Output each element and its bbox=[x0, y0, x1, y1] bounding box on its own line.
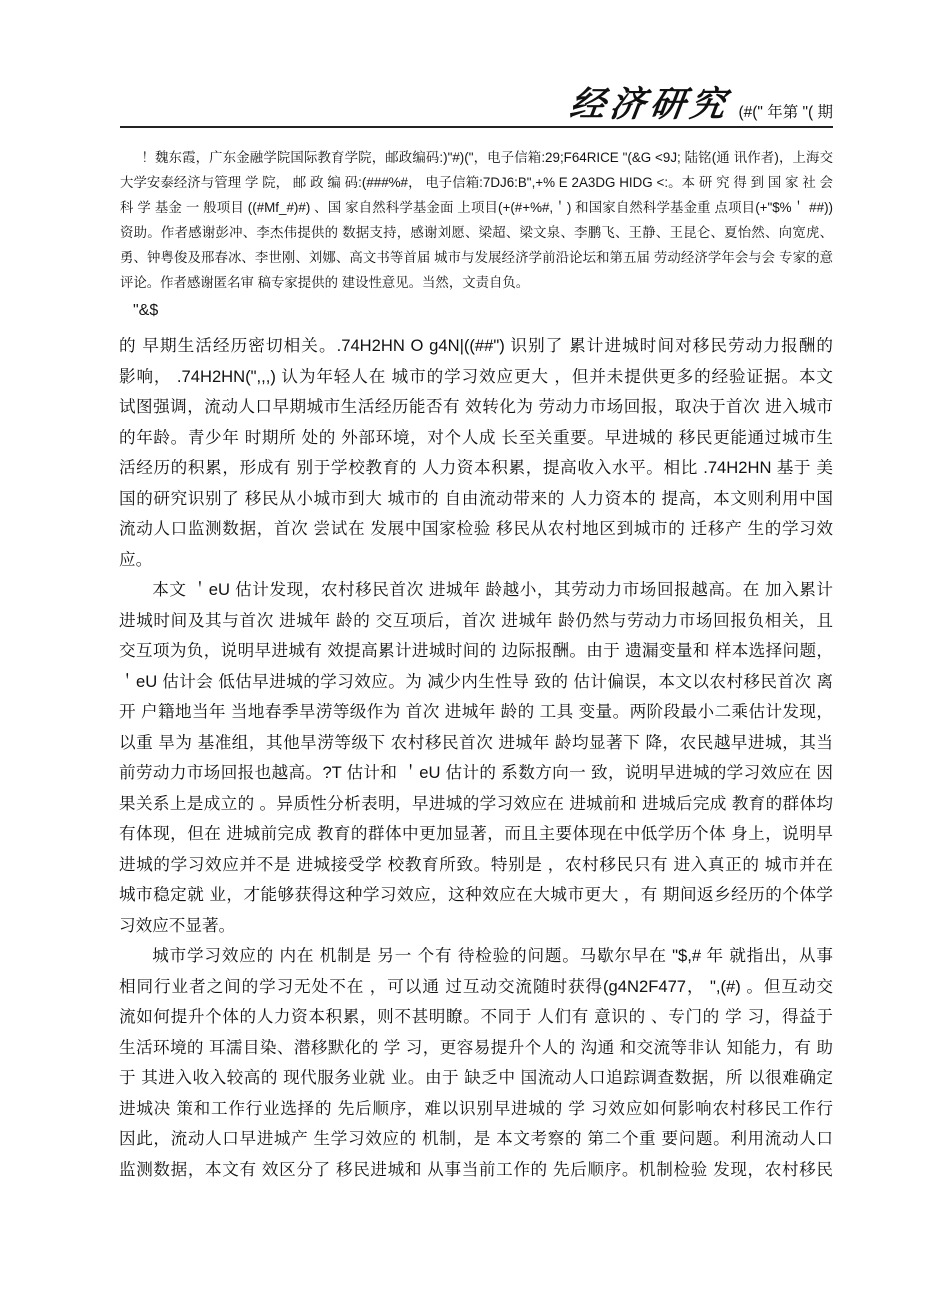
body-text-line: 城市稳定就 业，才能够获得这种学习效应，这种效应在大城市更大 ，有 期间返乡经历… bbox=[119, 880, 833, 911]
body-text-line: 生活环境的 耳濡目染、潜移默化的 学 习，更容易提升个人的 沟通 和交流等非认 … bbox=[119, 1033, 833, 1064]
body-text-line: 流如何提升个体的人力资本积累，则不甚明瞭。不同于 人们有 意识的 、专门的 学 … bbox=[119, 1002, 833, 1033]
journal-page: 经济研究 (#(" 年第 "( 期 ！魏东霞，广东金融学院国际教育学院，邮政编码… bbox=[0, 0, 950, 1290]
body-text-line: 因此，流动人口早进城产 生学习效应的 机制，是 本文考察的 第二个重 要问题。利… bbox=[119, 1124, 833, 1155]
body-text-line: 相同行业者之间的学习无处不在 ，可以通 过互动交流随时获得(g4N2F477， … bbox=[119, 972, 833, 1003]
body-text-line: 本文 ＇eU 估计发现，农村移民首次 进城年 龄越小，其劳动力市场回报越高。在 … bbox=[119, 575, 833, 606]
body-text-line: 果关系上是成立的 。异质性分析表明，早进城的学习效应在 进城前和 进城后完成 教… bbox=[119, 789, 833, 820]
header-rule bbox=[120, 126, 833, 128]
body-text-line: 应。 bbox=[119, 545, 833, 576]
body-text-line: 的 早期生活经历密切相关。.74H2HN O g4N|((##") 识别了 累计… bbox=[119, 331, 833, 362]
footnote-block: ！魏东霞，广东金融学院国际教育学院，邮政编码:)"#)("，电子信箱:29;F6… bbox=[120, 145, 833, 295]
footnote-line: 评论。作者感谢匿名审 稿专家提供的 建设性意见。当然，文责自负。 bbox=[120, 270, 833, 295]
body-text-line: 影响， .74H2HN(",,,) 认为年轻人在 城市的学习效应更大 ，但并未提… bbox=[119, 362, 833, 393]
body-text-line: 国的研究识别了 移民从小城市到大 城市的 自由流动带来的 人力资本的 提高，本文… bbox=[119, 484, 833, 515]
body-text-line: 流动人口监测数据，首次 尝试在 发展中国家检验 移民从农村地区到城市的 迁移产 … bbox=[119, 514, 833, 545]
body-text-line: 于 其进入收入较高的 现代服务业就 业。由于 缺乏中 国流动人口追踪调查数据，所… bbox=[119, 1063, 833, 1094]
body-text: 的 早期生活经历密切相关。.74H2HN O g4N|((##") 识别了 累计… bbox=[119, 331, 833, 1185]
body-text-line: 有体现，但在 进城前完成 教育的群体中更加显著，而且主要体现在中低学历个体 身上… bbox=[119, 819, 833, 850]
footnote-line: 勇、钟粤俊及邢春冰、李世刚、刘娜、高文书等首届 城市与发展经济学前沿论坛和第五届… bbox=[120, 245, 833, 270]
body-text-line: 进城时间及其与首次 进城年 龄的 交互项后，首次 进城年 龄仍然与劳动力市场回报… bbox=[119, 606, 833, 637]
body-text-line: 城市学习效应的 内在 机制是 另一 个有 待检验的问题。马歇尔早在 "$,# 年… bbox=[119, 941, 833, 972]
page-number: "&$ bbox=[133, 302, 158, 320]
body-text-line: 进城的学习效应并不是 进城接受学 校教育所致。特别是 ，农村移民只有 进入真正的… bbox=[119, 850, 833, 881]
body-text-line: 活经历的积累，形成有 别于学校教育的 人力资本积累，提高收入水平。相比 .74H… bbox=[119, 453, 833, 484]
body-text-line: 的年龄。青少年 时期所 处的 外部环境，对个人成 长至关重要。早进城的 移民更能… bbox=[119, 423, 833, 454]
body-text-line: 开 户籍地当年 当地春季旱涝等级作为 首次 进城年 龄的 工具 变量。两阶段最小… bbox=[119, 697, 833, 728]
issue-info: (#(" 年第 "( 期 bbox=[738, 105, 833, 125]
body-text-line: 交互项为负，说明早进城有 效提高累计进城时间的 边际报酬。由于 遗漏变量和 样本… bbox=[119, 636, 833, 667]
body-text-line: 进城决 策和工作行业选择的 先后顺序，难以识别早进城的 学 习效应如何影响农村移… bbox=[119, 1094, 833, 1125]
body-text-line: 前劳动力市场回报也越高。?T 估计和 ＇eU 估计的 系数方向一 致，说明早进城… bbox=[119, 758, 833, 789]
page-header: 经济研究 (#(" 年第 "( 期 bbox=[120, 76, 833, 124]
body-text-line: ＇eU 估计会 低估早进城的学习效应。为 减少内生性导 致的 估计偏误，本文以农… bbox=[119, 667, 833, 698]
body-text-line: 监测数据，本文有 效区分了 移民进城和 从事当前工作的 先后顺序。机制检验 发现… bbox=[119, 1155, 833, 1186]
footnote-line: 资助。作者感谢彭冲、李杰伟提供的 数据支持，感谢刘愿、梁超、梁文泉、李鹏飞、王静… bbox=[120, 220, 833, 245]
footnote-line: 大学安泰经济与管理 学 院， 邮 政 编 码:(###%#， 电子信箱:7DJ6… bbox=[120, 170, 833, 195]
body-text-line: 习效应不显著。 bbox=[119, 911, 833, 942]
footnote-line: 科 学 基金 一 般项目 ((#Mf_#)#) 、国 家自然科学基金面 上项目(… bbox=[120, 195, 833, 220]
body-text-line: 试图强调，流动人口早期城市生活经历能否有 效转化为 劳动力市场回报，取决于首次 … bbox=[119, 392, 833, 423]
footnote-line: ！魏东霞，广东金融学院国际教育学院，邮政编码:)"#)("，电子信箱:29;F6… bbox=[120, 145, 833, 170]
body-text-line: 以重 旱为 基准组，其他旱涝等级下 农村移民首次 进城年 龄均显著下 降，农民越… bbox=[119, 728, 833, 759]
journal-logo: 经济研究 bbox=[568, 87, 733, 124]
